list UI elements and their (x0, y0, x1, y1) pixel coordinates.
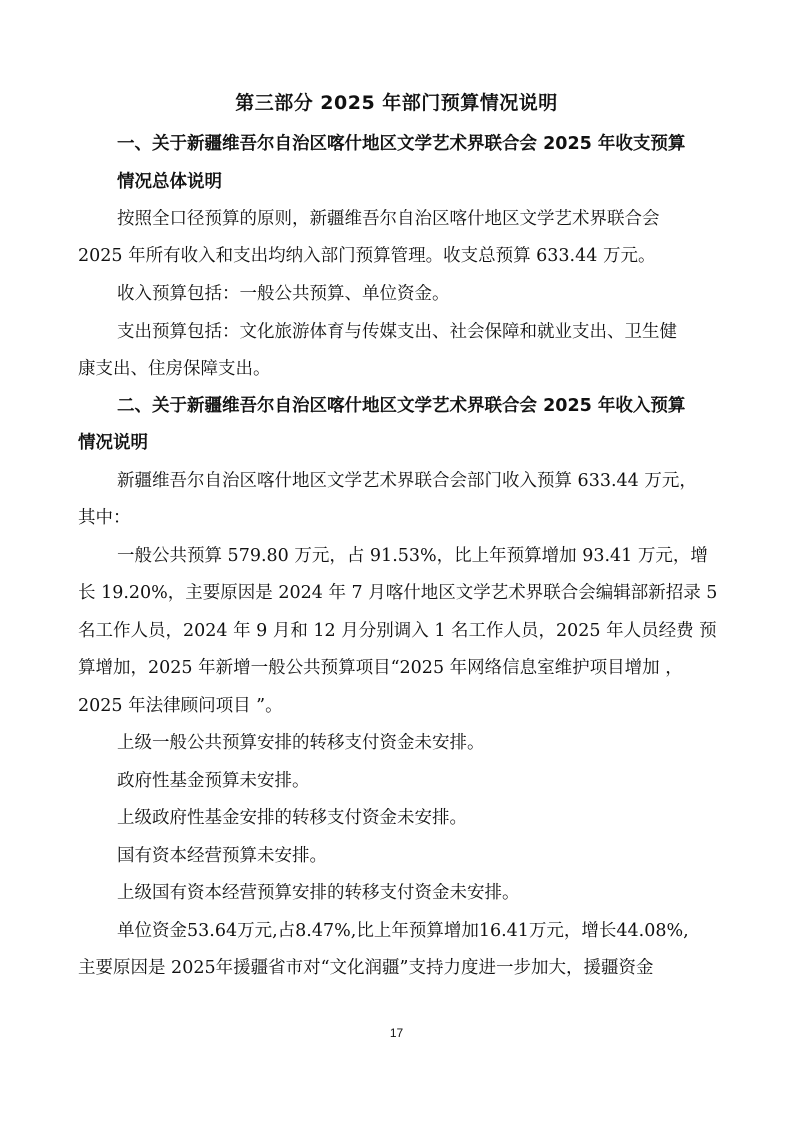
section-heading-line: 情况说明 (78, 431, 148, 455)
paragraph-line: 其中： (78, 506, 131, 530)
paragraph-line: 算增加，2025 年新增一般公共预算项目“2025 年网络信息室维护项目增加 ， (78, 656, 683, 680)
paragraph-line: 2025 年所有收入和支出均纳入部门预算管理。收支总预算 633.44 万元。 (78, 244, 655, 268)
paragraph-line: 按照全口径预算的原则，新疆维吾尔自治区喀什地区文学艺术界联合会 (117, 207, 660, 231)
paragraph-line: 单位资金53.64万元,占8.47%,比上年预算增加16.41万元，增长44.0… (117, 919, 689, 943)
paragraph-line: 上级政府性基金安排的转移支付资金未安排。 (117, 806, 467, 830)
paragraph-line: 上级一般公共预算安排的转移支付资金未安排。 (117, 731, 485, 755)
paragraph-line: 新疆维吾尔自治区喀什地区文学艺术界联合会部门收入预算 633.44 万元， (117, 469, 697, 493)
document-page: 第三部分 2025 年部门预算情况说明 一、关于新疆维吾尔自治区喀什地区文学艺术… (0, 0, 793, 1122)
paragraph-line: 2025 年法律顾问项目 ”。 (78, 694, 283, 718)
page-title: 第三部分 2025 年部门预算情况说明 (0, 88, 793, 115)
paragraph-line: 支出预算包括：文化旅游体育与传媒支出、社会保障和就业支出、卫生健 (117, 320, 677, 344)
paragraph-line: 主要原因是 2025年援疆省市对“文化润疆”支持力度进一步加大，援疆资金 (78, 956, 654, 980)
page-number: 17 (0, 1026, 793, 1040)
paragraph-line: 政府性基金预算未安排。 (117, 769, 310, 793)
paragraph-line: 一般公共预算 579.80 万元，占 91.53%，比上年预算增加 93.41 … (117, 544, 708, 568)
paragraph-line: 康支出、住房保障支出。 (78, 357, 271, 381)
paragraph-line: 上级国有资本经营预算安排的转移支付资金未安排。 (117, 881, 520, 905)
section-heading-line: 二、关于新疆维吾尔自治区喀什地区文学艺术界联合会 2025 年收入预算 (117, 394, 685, 418)
paragraph-line: 长 19.20%，主要原因是 2024 年 7 月喀什地区文学艺术界联合会编辑部… (78, 581, 717, 605)
paragraph-line: 收入预算包括：一般公共预算、单位资金。 (117, 282, 450, 306)
section-heading-line: 情况总体说明 (117, 170, 222, 194)
paragraph-line: 国有资本经营预算未安排。 (117, 844, 327, 868)
section-heading-line: 一、关于新疆维吾尔自治区喀什地区文学艺术界联合会 2025 年收支预算 (117, 132, 685, 156)
paragraph-line: 名工作人员，2024 年 9 月和 12 月分别调入 1 名工作人员，2025 … (78, 619, 717, 643)
